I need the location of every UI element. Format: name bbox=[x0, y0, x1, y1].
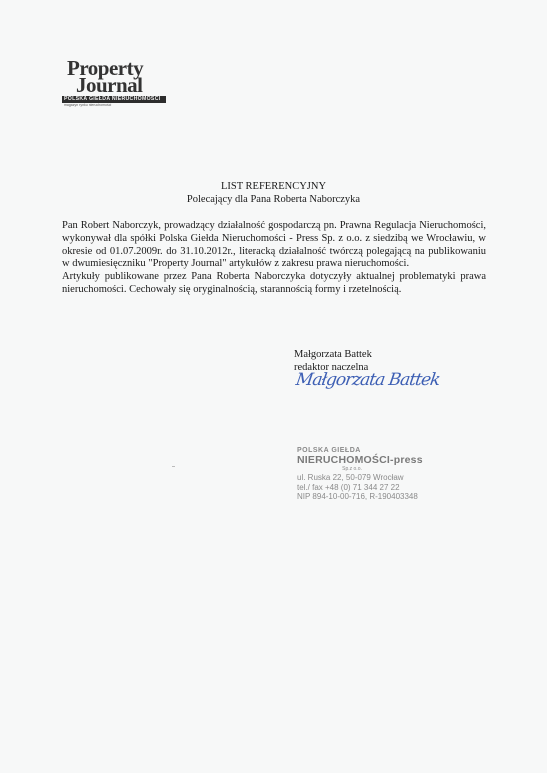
letter-title: LIST REFERENCYJNY bbox=[0, 180, 547, 193]
logo-word-journal: Journal bbox=[76, 77, 166, 94]
stamp-phone: tel./ fax +48 (0) 71 344 27 22 bbox=[297, 483, 457, 493]
scan-speck bbox=[172, 466, 175, 467]
body-paragraph-2: Artykuły publikowane przez Pana Roberta … bbox=[62, 271, 486, 297]
logo-banner: POLSKA GIEŁDA NIERUCHOMOŚCI bbox=[62, 96, 166, 103]
signer-name: Małgorzata Battek bbox=[294, 348, 372, 361]
letter-heading: LIST REFERENCYJNY Polecający dla Pana Ro… bbox=[0, 180, 547, 206]
company-stamp: POLSKA GIEŁDA NIERUCHOMOŚCI-press Sp.z o… bbox=[297, 447, 457, 502]
stamp-ids: NIP 894-10-00-716, R-190403348 bbox=[297, 492, 457, 502]
body-paragraph-1: Pan Robert Naborczyk, prowadzący działal… bbox=[62, 220, 486, 271]
handwritten-signature: Małgorzata Battek bbox=[295, 370, 441, 390]
stamp-company-name: NIERUCHOMOŚCI-press bbox=[297, 455, 457, 466]
letter-subtitle: Polecający dla Pana Roberta Naborczyka bbox=[0, 193, 547, 206]
stamp-address: ul. Ruska 22, 50-079 Wrocław bbox=[297, 473, 457, 483]
letter-page: Property Journal POLSKA GIEŁDA NIERUCHOM… bbox=[0, 0, 547, 773]
stamp-legal-form: Sp.z o.o. bbox=[297, 466, 407, 473]
logo-tagline: magazyn rynku nieruchomości bbox=[62, 103, 166, 108]
letter-body: Pan Robert Naborczyk, prowadzący działal… bbox=[62, 220, 486, 297]
property-journal-logo: Property Journal POLSKA GIEŁDA NIERUCHOM… bbox=[62, 60, 166, 108]
